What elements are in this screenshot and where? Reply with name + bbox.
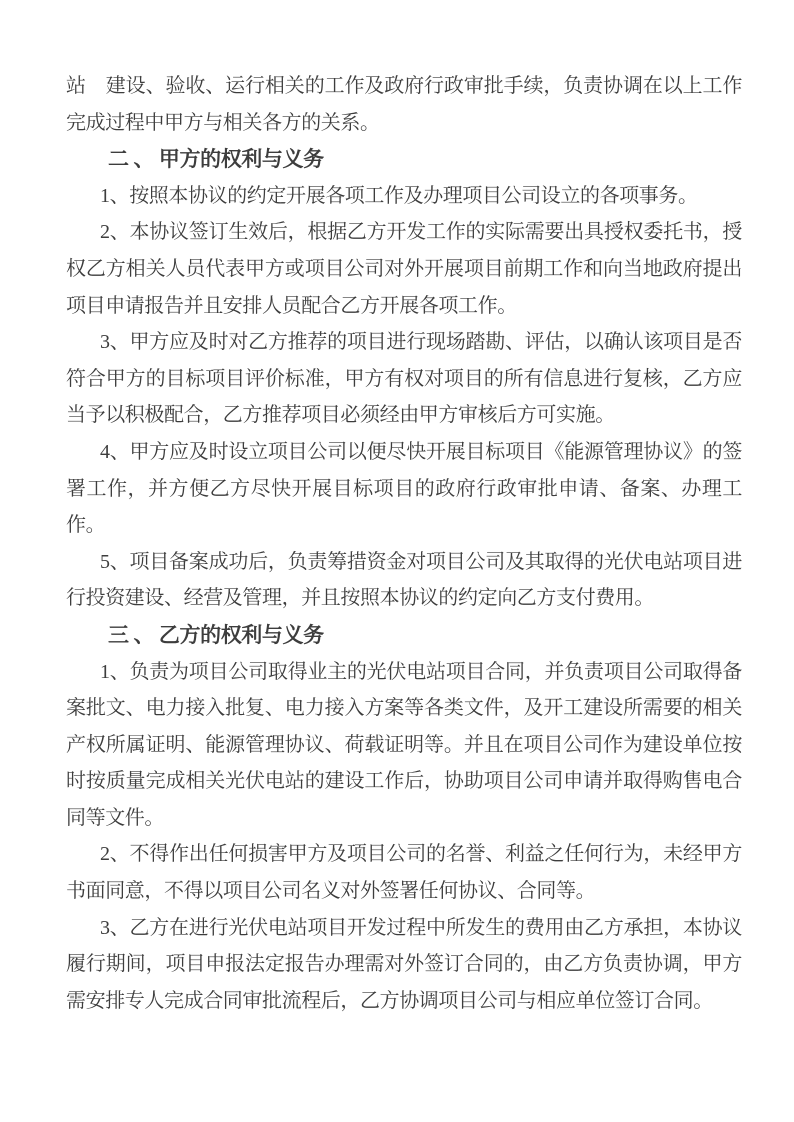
document-page: 站 建设、验收、运行相关的工作及政府行政审批手续，负责协调在以上工作完成过程中甲…: [0, 0, 794, 1122]
contract-paragraph: 3、甲方应及时对乙方推荐的项目进行现场踏勘、评估，以确认该项目是否符合甲方的目标…: [66, 324, 742, 434]
contract-paragraph: 1、负责为项目公司取得业主的光伏电站项目合同，并负责项目公司取得备案批文、电力接…: [66, 654, 742, 837]
document-content: 站 建设、验收、运行相关的工作及政府行政审批手续，负责协调在以上工作完成过程中甲…: [66, 68, 742, 1019]
contract-paragraph: 2、不得作出任何损害甲方及项目公司的名誉、利益之任何行为，未经甲方书面同意，不得…: [66, 836, 742, 909]
contract-paragraph: 站 建设、验收、运行相关的工作及政府行政审批手续，负责协调在以上工作完成过程中甲…: [66, 68, 742, 141]
section-heading: 二 、 甲方的权利与义务: [66, 141, 742, 178]
contract-paragraph: 3、乙方在进行光伏电站项目开发过程中所发生的费用由乙方承担，本协议履行期间，项目…: [66, 910, 742, 1020]
contract-paragraph: 4、甲方应及时设立项目公司以便尽快开展目标项目《能源管理协议》的签署工作，并方便…: [66, 434, 742, 544]
contract-paragraph: 1、按照本协议的约定开展各项工作及办理项目公司设立的各项事务。: [66, 178, 742, 215]
section-heading: 三 、 乙方的权利与义务: [66, 617, 742, 654]
contract-paragraph: 5、项目备案成功后，负责筹措资金对项目公司及其取得的光伏电站项目进行投资建设、经…: [66, 544, 742, 617]
contract-paragraph: 2、本协议签订生效后，根据乙方开发工作的实际需要出具授权委托书，授权乙方相关人员…: [66, 214, 742, 324]
